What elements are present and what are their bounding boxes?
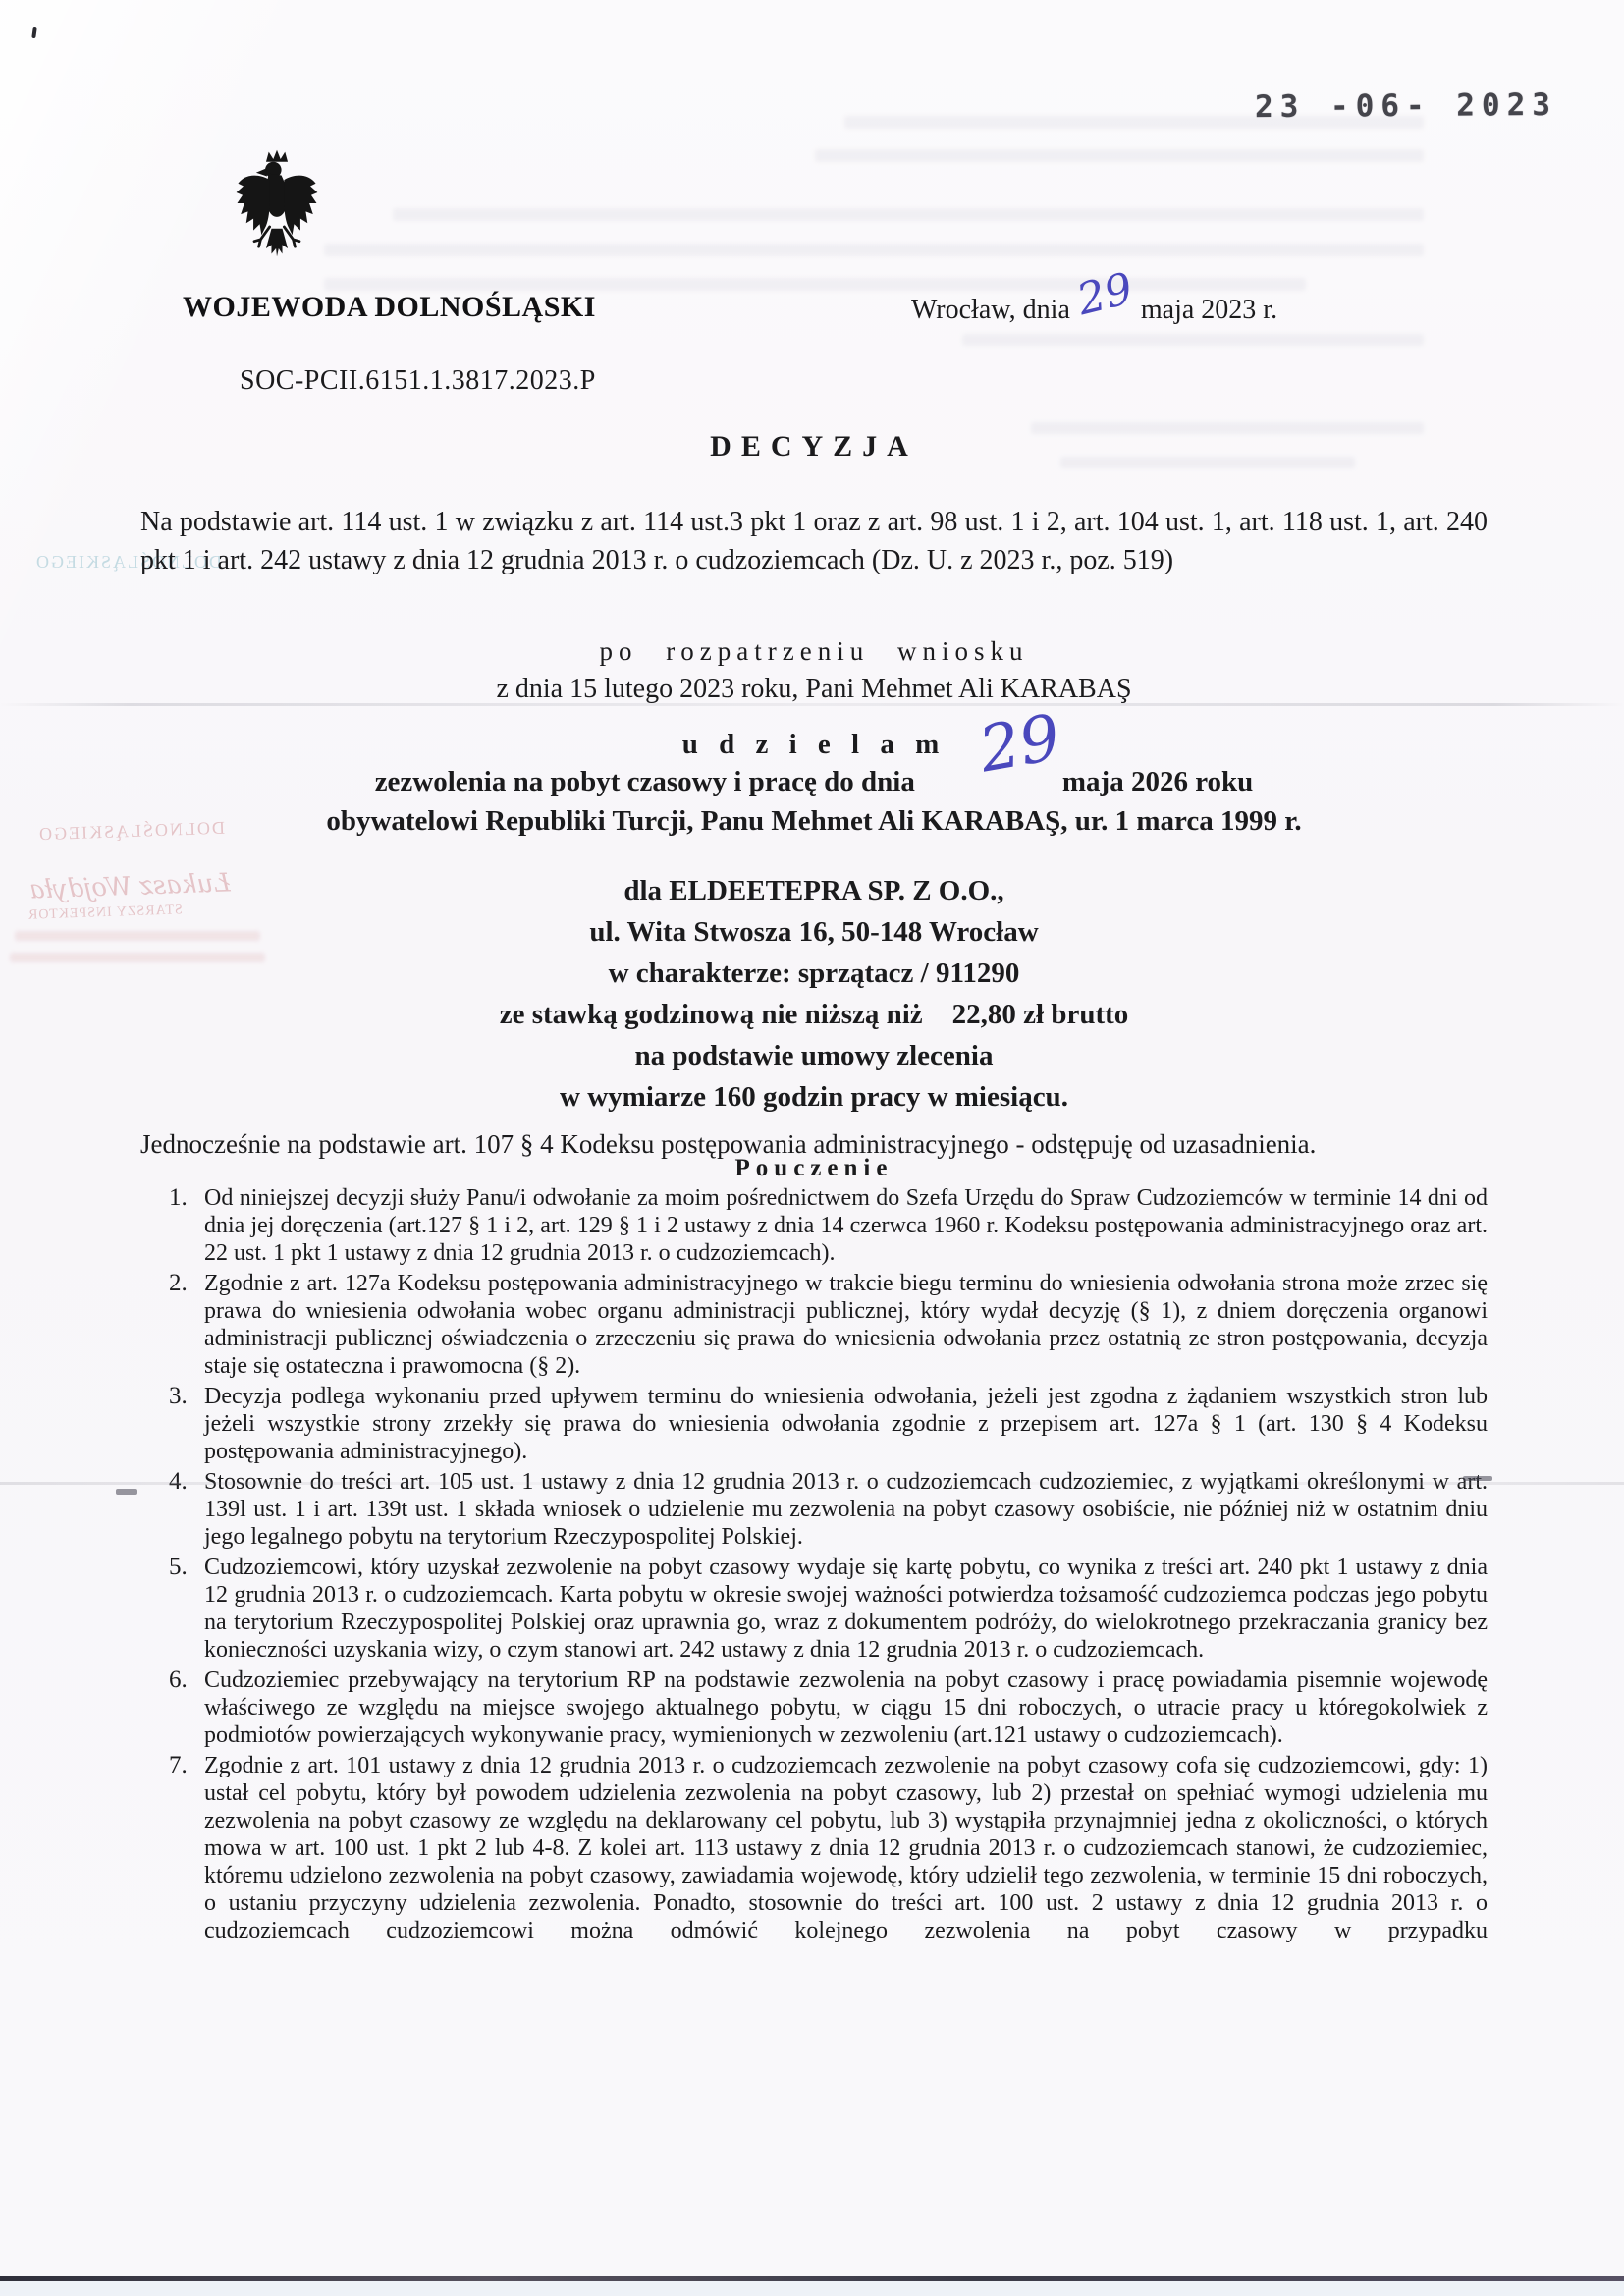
instruction-item: 1.Od niniejszej decyzji służy Panu/i odw… <box>169 1184 1488 1267</box>
polish-eagle-emblem <box>232 141 322 289</box>
grant-verb: u d z i e l a m <box>140 729 1488 761</box>
instruction-item: 6.Cudzoziemiec przebywający na terytoriu… <box>169 1667 1488 1749</box>
scan-speck <box>31 27 36 38</box>
item-text: Decyzja podlega wykonaniu przed upływem … <box>204 1384 1488 1464</box>
item-text: Od niniejszej decyzji służy Panu/i odwoł… <box>204 1185 1488 1266</box>
fold-tear-mark <box>116 1489 137 1495</box>
legal-basis-paragraph: Na podstawie art. 114 ust. 1 w związku z… <box>140 503 1488 579</box>
instruction-item: 3.Decyzja podlega wykonaniu przed upływe… <box>169 1383 1488 1465</box>
place-date-prefix: Wrocław, dnia <box>911 295 1070 325</box>
applicant-line: z dnia 15 lutego 2023 roku, Pani Mehmet … <box>140 674 1488 705</box>
handwritten-day-header: 29 <box>1076 279 1134 311</box>
bleedthrough-line <box>815 149 1424 162</box>
instruction-item: 4.Stosownie do treści art. 105 ust. 1 us… <box>169 1468 1488 1551</box>
item-number: 5. <box>169 1554 188 1581</box>
item-number: 7. <box>169 1752 188 1779</box>
bleedthrough-line <box>962 334 1424 346</box>
instruction-item: 2.Zgodnie z art. 127a Kodeksu postępowan… <box>169 1270 1488 1380</box>
item-text: Zgodnie z art. 127a Kodeksu postępowania… <box>204 1271 1488 1379</box>
paper-fold-crease <box>0 1482 1624 1485</box>
item-text: Cudzoziemcowi, który uzyskał zezwolenie … <box>204 1555 1488 1663</box>
instruction-item: 5.Cudzoziemcowi, który uzyskał zezwoleni… <box>169 1554 1488 1664</box>
grant-period-line: zezwolenia na pobyt czasowy i pracę do d… <box>140 766 1488 798</box>
grant-citizen-line: obywatelowi Republiki Turcji, Panu Mehme… <box>140 805 1488 838</box>
bleedthrough-line <box>324 244 1424 256</box>
bleedthrough-line <box>393 208 1424 221</box>
grant-period-post: maja 2026 roku <box>1062 766 1253 797</box>
place-date-line: Wrocław, dnia29maja 2023 r. <box>911 295 1277 326</box>
item-number: 1. <box>169 1184 188 1212</box>
authority-name: WOJEWODA DOLNOŚLĄSKI <box>183 291 596 324</box>
case-number: SOC-PCII.6151.1.3817.2023.P <box>240 365 596 397</box>
place-date-suffix: maja 2023 r. <box>1141 295 1277 325</box>
wage-line: ze stawką godzinową nie niższą niż22,80 … <box>140 994 1488 1035</box>
after-review-line: po rozpatrzeniu wniosku <box>140 636 1488 667</box>
paper-fold-crease <box>0 703 1624 706</box>
wage-line-pre: ze stawką godzinową nie niższą niż <box>500 999 923 1030</box>
item-number: 6. <box>169 1667 188 1694</box>
job-title-line: w charakterze: sprzątacz / 911290 <box>140 953 1488 994</box>
item-text: Zgodnie z art. 101 ustawy z dnia 12 grud… <box>204 1753 1488 1943</box>
employer-block: dla ELDEETEPRA SP. Z O.O., ul. Wita Stwo… <box>140 870 1488 1118</box>
scan-bottom-strip <box>0 2281 1624 2296</box>
contract-type-line: na podstawie umowy zlecenia <box>140 1035 1488 1076</box>
instruction-item: 7.Zgodnie z art. 101 ustawy z dnia 12 gr… <box>169 1752 1488 1944</box>
instruction-heading: Pouczenie <box>140 1155 1488 1182</box>
item-text: Cudzoziemiec przebywający na terytorium … <box>204 1667 1488 1748</box>
instruction-list: 1.Od niniejszej decyzji służy Panu/i odw… <box>169 1184 1488 1947</box>
item-number: 3. <box>169 1383 188 1410</box>
item-number: 2. <box>169 1270 188 1297</box>
decision-title: DECYZJA <box>140 430 1488 464</box>
bleedthrough-line <box>324 278 1306 291</box>
wage-amount: 22,80 zł brutto <box>952 999 1129 1030</box>
fold-tear-mark <box>1463 1476 1492 1481</box>
grant-period-pre: zezwolenia na pobyt czasowy i pracę do d… <box>375 766 915 797</box>
received-date-stamp: 23 -06- 2023 <box>1255 87 1557 125</box>
employer-name: dla ELDEETEPRA SP. Z O.O., <box>140 870 1488 911</box>
working-hours-line: w wymiarze 160 godzin pracy w miesiącu. <box>140 1076 1488 1118</box>
scanned-decision-document: DOLNOŚLĄSKIEGO DOLNOŚLĄSKIEGO Łukasz Woj… <box>0 0 1624 2296</box>
employer-address: ul. Wita Stwosza 16, 50-148 Wrocław <box>140 911 1488 953</box>
